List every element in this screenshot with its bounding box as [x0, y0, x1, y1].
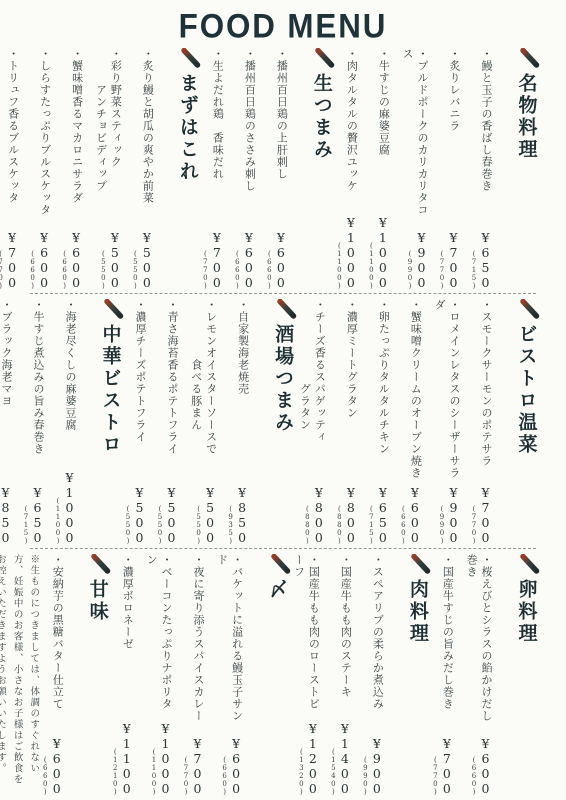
menu-item: ・国産牛もも肉のローストビーフ ¥1200 (1320): [291, 554, 321, 796]
item-price-tax-included: (880): [303, 505, 311, 545]
item-price-tax-included: (935): [227, 505, 235, 545]
item-price-main: ¥600: [49, 736, 64, 796]
item-price-main: ¥600: [229, 736, 244, 796]
item-price: ¥600 (660): [470, 736, 493, 796]
menu-row: ビストロ温菜 ・スモークサーモンのポテサラ ¥700 (770) ・ロメインレタ…: [0, 297, 566, 545]
item-name: ・濃厚ボロネーゼ: [119, 554, 134, 650]
item-price: ¥650 (715): [22, 485, 45, 545]
menu-section: 肉料理 ・スペアリブの柔らか煮込み ¥900 (990) ・国産牛もも肉のステー…: [291, 554, 432, 796]
item-name: ・チーズ香るスパゲッティ グラタン: [297, 299, 327, 443]
item-name: ・炙り鰻と胡瓜の爽やか前菜: [139, 48, 154, 204]
brush-stroke-icon: [520, 554, 540, 574]
item-price-main: ¥600: [69, 230, 84, 290]
item-name: ・夜に寄り添うスパイスカレー: [190, 554, 205, 722]
item-price-tax-included: (550): [195, 505, 203, 545]
item-price: ¥1100 (1210): [111, 721, 134, 796]
item-name: ・自家製海老焼売: [235, 299, 250, 395]
item-name: ・鰻と玉子の香ばし春巻き: [478, 48, 493, 192]
item-price: ¥600 (660): [399, 485, 422, 545]
menu-item: ・プルドポークのカリカリタコス ¥900 (990): [399, 48, 429, 290]
item-price-tax-included: (1100): [367, 242, 375, 290]
item-price-main: ¥900: [414, 230, 429, 290]
item-price: ¥600 (660): [265, 230, 288, 290]
brush-stroke-icon: [520, 48, 540, 68]
item-name: ・蟹味噌香るマカロニサラダ: [69, 48, 84, 204]
item-price: ¥600 (660): [221, 736, 244, 796]
page-title: FOOD MENU: [14, 5, 552, 47]
section-header: 卵料理: [502, 554, 540, 796]
item-price-main: ¥500: [164, 485, 179, 545]
menu-item: ・国産牛もも肉のステーキ ¥1400 (1540): [329, 554, 352, 796]
menu-row: 名物料理 ・鰻と玉子の香ばし春巻き ¥650 (715) ・炙りレバニラ ¥70…: [0, 46, 566, 290]
item-name: ・濃厚ミートグラタン: [343, 299, 358, 419]
item-price-main: ¥600: [407, 485, 422, 545]
item-price-main: ¥600: [273, 230, 288, 290]
item-name: ・スモークサーモンのポテサラ: [478, 299, 493, 467]
menu-title-wrap: FOOD MENU: [0, 6, 566, 46]
item-price-tax-included: (1540): [329, 748, 337, 796]
item-price: ¥1000 (1100): [150, 721, 173, 796]
item-price: ¥850 (935): [227, 485, 250, 545]
item-name: ・ベーコンたっぷりナポリタン: [143, 554, 173, 715]
item-price: ¥500 (550): [156, 485, 179, 545]
item-price: ¥650 (715): [470, 230, 493, 290]
menu-item: ・肉タルタルの贅沢ユッケ ¥1000 (1100): [335, 48, 358, 290]
item-name: ・しらすたっぷりブルスケッタ: [37, 48, 52, 216]
menu-section: 〆 ・バケットに溢れる鰻玉子サンド ¥600 (660) ・夜に寄り添うスパイス…: [111, 554, 290, 796]
item-price: ¥700 (770): [470, 485, 493, 545]
section-header: 酒場つまみ: [259, 299, 297, 545]
item-price-main: ¥700: [190, 736, 205, 796]
menu-item: ・しらすたっぷりブルスケッタ ¥600 (660): [29, 48, 52, 290]
menu-item: ・蟹味噌香るマカロニサラダ ¥600 (660): [61, 48, 84, 290]
item-name: ・バケットに溢れる鰻玉子サンド: [214, 554, 244, 730]
section-header: まずはこれ: [163, 48, 201, 290]
section-title: 生つまみ: [311, 73, 332, 161]
item-price-main: ¥1000: [158, 721, 173, 796]
section-header: 中華ビストロ: [86, 299, 124, 545]
brush-stroke-icon: [104, 299, 124, 319]
item-price: ¥500 (550): [99, 230, 122, 290]
item-name: ・レモンオイスターソースで 食べる豚まん: [188, 299, 218, 455]
item-price-main: ¥700: [209, 230, 224, 290]
menu-section: 甘味 ・安納芋の黒糖バター仕立て ¥600 (660): [41, 554, 111, 796]
menu-row: 卵料理 ・桜えびとシラスの餡かけだし巻き ¥600 (660) ・国産牛すじの旨…: [0, 552, 566, 796]
menu-item: ・ブラック海老マヨ ¥850 (935): [0, 299, 13, 545]
item-price-tax-included: (715): [22, 505, 30, 545]
item-price-main: ¥1200: [305, 721, 320, 796]
section-title: 名物料理: [516, 73, 537, 161]
item-price: ¥1000 (1100): [367, 215, 390, 290]
item-price: ¥600 (660): [61, 230, 84, 290]
item-price-main: ¥500: [139, 230, 154, 290]
item-price-tax-included: (770): [431, 756, 439, 796]
menu-item: ・ロメインレタスのシーザーサラダ ¥900 (990): [431, 299, 461, 545]
menu-item: ・安納芋の黒糖バター仕立て ¥600 (660): [41, 554, 64, 796]
menu-section: 卵料理 ・桜えびとシラスの餡かけだし巻き ¥600 (660) ・国産牛すじの旨…: [431, 554, 540, 796]
section-title: 〆: [266, 579, 287, 601]
item-price-main: ¥650: [30, 485, 45, 545]
item-price: ¥900 (990): [361, 736, 384, 796]
item-price: ¥1400 (1540): [329, 721, 352, 796]
item-price-tax-included: (770): [0, 250, 5, 290]
item-name: ・蟹味噌クリームのオーブン焼き: [407, 299, 422, 479]
item-price-main: ¥500: [203, 485, 218, 545]
menu-section: 名物料理 ・鰻と玉子の香ばし春巻き ¥650 (715) ・炙りレバニラ ¥70…: [335, 48, 540, 290]
menu-item: ・蟹味噌クリームのオーブン焼き ¥600 (660): [399, 299, 422, 545]
item-price-tax-included: (660): [265, 250, 273, 290]
item-price-tax-included: (715): [367, 505, 375, 545]
item-price: ¥1200 (1320): [297, 721, 320, 796]
item-price-main: ¥650: [478, 230, 493, 290]
menu-item: ・濃厚チーズポテトフライ ¥500 (550): [124, 299, 147, 545]
item-price-main: ¥600: [241, 230, 256, 290]
item-price: ¥700 (770): [201, 230, 224, 290]
item-name: ・彩り野菜スティック アンチョビディップ: [93, 48, 123, 192]
item-price-tax-included: (660): [221, 756, 229, 796]
menu-section: まずはこれ ・炙り鰻と胡瓜の爽やか前菜 ¥500 (550) ・彩り野菜スティッ…: [0, 48, 201, 290]
section-title: 甘味: [87, 579, 108, 623]
item-price-main: ¥600: [478, 736, 493, 796]
item-price-main: ¥1000: [375, 215, 390, 290]
item-price: ¥850 (935): [0, 485, 13, 545]
menu-item: ・鰻と玉子の香ばし春巻き ¥650 (715): [470, 48, 493, 290]
brush-stroke-icon: [91, 554, 111, 574]
item-price-main: ¥700: [446, 230, 461, 290]
item-name: ・プルドポークのカリカリタコス: [399, 48, 429, 224]
menu-item: ・ベーコンたっぷりナポリタン ¥1000 (1100): [143, 554, 173, 796]
item-price-main: ¥850: [235, 485, 250, 545]
item-price-tax-included: (550): [131, 250, 139, 290]
item-price-tax-included: (660): [61, 250, 69, 290]
brush-stroke-icon: [315, 48, 335, 68]
item-name: ・牛すじの麻婆豆腐: [375, 48, 390, 156]
item-name: ・ブラック海老マヨ: [0, 299, 13, 407]
item-price: ¥1000 (1100): [54, 470, 77, 545]
item-name: ・播州百日鶏のささみ刺し: [241, 48, 256, 192]
item-price-tax-included: (990): [406, 250, 414, 290]
item-price-tax-included: (770): [470, 505, 478, 545]
brush-stroke-icon: [520, 299, 540, 319]
item-price-tax-included: (770): [182, 756, 190, 796]
item-price: ¥1000 (1100): [335, 215, 358, 290]
menu-item: ・チーズ香るスパゲッティ グラタン ¥800 (880): [297, 299, 327, 545]
item-price-tax-included: (990): [361, 756, 369, 796]
item-price: ¥700 (770): [438, 230, 461, 290]
item-price-tax-included: (1100): [150, 748, 158, 796]
item-price-main: ¥900: [369, 736, 384, 796]
section-header: 肉料理: [393, 554, 431, 796]
menu-item: ・生よだれ鶏 香味だれ ¥700 (770): [201, 48, 224, 290]
item-name: ・播州百日鶏の上肝刺し: [273, 48, 288, 180]
item-price-main: ¥500: [132, 485, 147, 545]
item-price-tax-included: (660): [233, 250, 241, 290]
item-name: ・桜えびとシラスの餡かけだし巻き: [463, 554, 493, 730]
section-header: 甘味: [73, 554, 111, 796]
brush-stroke-icon: [411, 554, 431, 574]
section-header: 〆: [253, 554, 291, 796]
menu-item: ・濃厚ミートグラタン ¥800 (880): [335, 299, 358, 545]
item-price-tax-included: (770): [438, 250, 446, 290]
item-price: ¥600 (660): [29, 230, 52, 290]
item-name: ・スペアリブの柔らか煮込み: [369, 554, 384, 710]
item-price: ¥800 (880): [303, 485, 326, 545]
menu-item: ・トリュフ香るブルスケッタ ¥700 (770): [0, 48, 20, 290]
item-name: ・肉タルタルの贅沢ユッケ: [343, 48, 358, 192]
menu-section: 生つまみ ・播州百日鶏の上肝刺し ¥600 (660) ・播州百日鶏のささみ刺し…: [201, 48, 335, 290]
item-price-tax-included: (550): [99, 250, 107, 290]
item-name: ・卵たっぷりタルタルチキン: [375, 299, 390, 455]
brush-stroke-icon: [271, 554, 291, 574]
section-title: まずはこれ: [177, 73, 198, 183]
item-name: ・トリュフ香るブルスケッタ: [5, 48, 20, 204]
item-name: ・青さ海苔香るポテトフライ: [164, 299, 179, 455]
menu-item: ・桜えびとシラスの餡かけだし巻き ¥600 (660): [463, 554, 493, 796]
menu-item: ・自家製海老焼売 ¥850 (935): [227, 299, 250, 545]
item-price-main: ¥1400: [337, 721, 352, 796]
menu-item: ・播州百日鶏のささみ刺し ¥600 (660): [233, 48, 256, 290]
item-price-tax-included: (880): [335, 505, 343, 545]
item-price: ¥700 (770): [431, 736, 454, 796]
item-name: ・炙りレバニラ: [446, 48, 461, 132]
item-price: ¥500 (550): [195, 485, 218, 545]
item-name: ・生よだれ鶏 香味だれ: [209, 48, 224, 180]
item-price-main: ¥800: [343, 485, 358, 545]
section-header: ビストロ温菜: [502, 299, 540, 545]
item-price-main: ¥1000: [343, 215, 358, 290]
item-name: ・国産牛もも肉のステーキ: [337, 554, 352, 698]
row-separator: [30, 548, 536, 549]
item-price-main: ¥700: [478, 485, 493, 545]
item-name: ・ロメインレタスのシーザーサラダ: [431, 299, 461, 479]
item-price-tax-included: (660): [470, 756, 478, 796]
section-title: ビストロ温菜: [516, 324, 537, 456]
item-name: ・濃厚チーズポテトフライ: [132, 299, 147, 443]
item-price-tax-included: (990): [438, 505, 446, 545]
item-price: ¥700 (770): [182, 736, 205, 796]
menu-item: ・国産牛すじの旨みだし巻き ¥700 (770): [431, 554, 454, 796]
item-price-tax-included: (660): [399, 505, 407, 545]
item-price-main: ¥700: [439, 736, 454, 796]
menu-section: 酒場つまみ ・自家製海老焼売 ¥850 (935) ・レモンオイスターソースで …: [124, 299, 297, 545]
menu-item: ・バケットに溢れる鰻玉子サンド ¥600 (660): [214, 554, 244, 796]
menu-item: ・海老尽くしの麻婆豆腐 ¥1000 (1100): [54, 299, 77, 545]
menu-item: ・彩り野菜スティック アンチョビディップ ¥500 (550): [93, 48, 123, 290]
brush-stroke-icon: [277, 299, 297, 319]
item-price-tax-included: (1100): [54, 497, 62, 545]
section-header: 生つまみ: [297, 48, 335, 290]
menu-item: ・夜に寄り添うスパイスカレー ¥700 (770): [182, 554, 205, 796]
item-price-main: ¥700: [5, 230, 20, 290]
item-price-tax-included: (1210): [111, 748, 119, 796]
section-title: 中華ビストロ: [99, 324, 120, 456]
menu-item: ・青さ海苔香るポテトフライ ¥500 (550): [156, 299, 179, 545]
item-price: ¥600 (660): [233, 230, 256, 290]
item-price-main: ¥800: [311, 485, 326, 545]
item-price-tax-included: (770): [201, 250, 209, 290]
item-price-main: ¥500: [107, 230, 122, 290]
item-name: ・海老尽くしの麻婆豆腐: [62, 299, 77, 431]
menu-section: ビストロ温菜 ・スモークサーモンのポテサラ ¥700 (770) ・ロメインレタ…: [297, 299, 540, 545]
item-price-tax-included: (550): [156, 505, 164, 545]
menu-section: 中華ビストロ ・海老尽くしの麻婆豆腐 ¥1000 (1100) ・牛すじ煮込みの…: [0, 299, 124, 545]
item-price-main: ¥1000: [62, 470, 77, 545]
brush-stroke-icon: [181, 48, 201, 68]
item-price-tax-included: (715): [470, 250, 478, 290]
item-price: ¥700 (770): [0, 230, 20, 290]
menu-item: ・卵たっぷりタルタルチキン ¥650 (715): [367, 299, 390, 545]
item-price: ¥800 (880): [335, 485, 358, 545]
item-price-main: ¥600: [37, 230, 52, 290]
item-price-tax-included: (660): [29, 250, 37, 290]
item-price: ¥900 (990): [438, 485, 461, 545]
menu-item: ・播州百日鶏の上肝刺し ¥600 (660): [265, 48, 288, 290]
item-price-main: ¥850: [0, 485, 13, 545]
menu-item: ・濃厚ボロネーゼ ¥1100 (1210): [111, 554, 134, 796]
item-name: ・牛すじ煮込みの旨み春巻き: [30, 299, 45, 455]
menu-rows: 名物料理 ・鰻と玉子の香ばし春巻き ¥650 (715) ・炙りレバニラ ¥70…: [0, 46, 566, 796]
item-price-tax-included: (660): [41, 756, 49, 796]
menu-item: ・レモンオイスターソースで 食べる豚まん ¥500 (550): [188, 299, 218, 545]
item-price: ¥650 (715): [367, 485, 390, 545]
section-title: 卵料理: [516, 579, 537, 645]
menu-item: ・牛すじ煮込みの旨み春巻き ¥650 (715): [22, 299, 45, 545]
item-price-main: ¥650: [375, 485, 390, 545]
item-name: ・安納芋の黒糖バター仕立て: [49, 554, 64, 710]
item-price-tax-included: (1100): [335, 242, 343, 290]
menu-item: ・牛すじの麻婆豆腐 ¥1000 (1100): [367, 48, 390, 290]
item-price-main: ¥1100: [119, 721, 134, 796]
item-name: ・国産牛すじの旨みだし巻き: [439, 554, 454, 710]
item-price-tax-included: (1320): [297, 748, 305, 796]
item-price: ¥500 (550): [124, 485, 147, 545]
item-price: ¥600 (660): [41, 736, 64, 796]
menu-item: ・炙り鰻と胡瓜の爽やか前菜 ¥500 (550): [131, 48, 154, 290]
item-price-main: ¥900: [446, 485, 461, 545]
menu-item: ・スモークサーモンのポテサラ ¥700 (770): [470, 299, 493, 545]
item-price: ¥500 (550): [131, 230, 154, 290]
item-price: ¥900 (990): [406, 230, 429, 290]
menu-item: ・炙りレバニラ ¥700 (770): [438, 48, 461, 290]
item-price-tax-included: (550): [124, 505, 132, 545]
menu-note: ※生ものにつきましては、体調のすぐれない方、妊娠中のお客様、小さなお子様はご飲食…: [0, 554, 41, 791]
menu-page: FOOD MENU 名物料理 ・鰻と玉子の香ばし春巻き ¥650 (715) ・…: [0, 0, 566, 800]
row-separator: [30, 293, 536, 294]
section-header: 名物料理: [502, 48, 540, 290]
section-title: 肉料理: [407, 579, 428, 645]
section-title: 酒場つまみ: [272, 324, 293, 434]
item-name: ・国産牛もも肉のローストビーフ: [291, 554, 321, 715]
menu-item: ・スペアリブの柔らか煮込み ¥900 (990): [361, 554, 384, 796]
